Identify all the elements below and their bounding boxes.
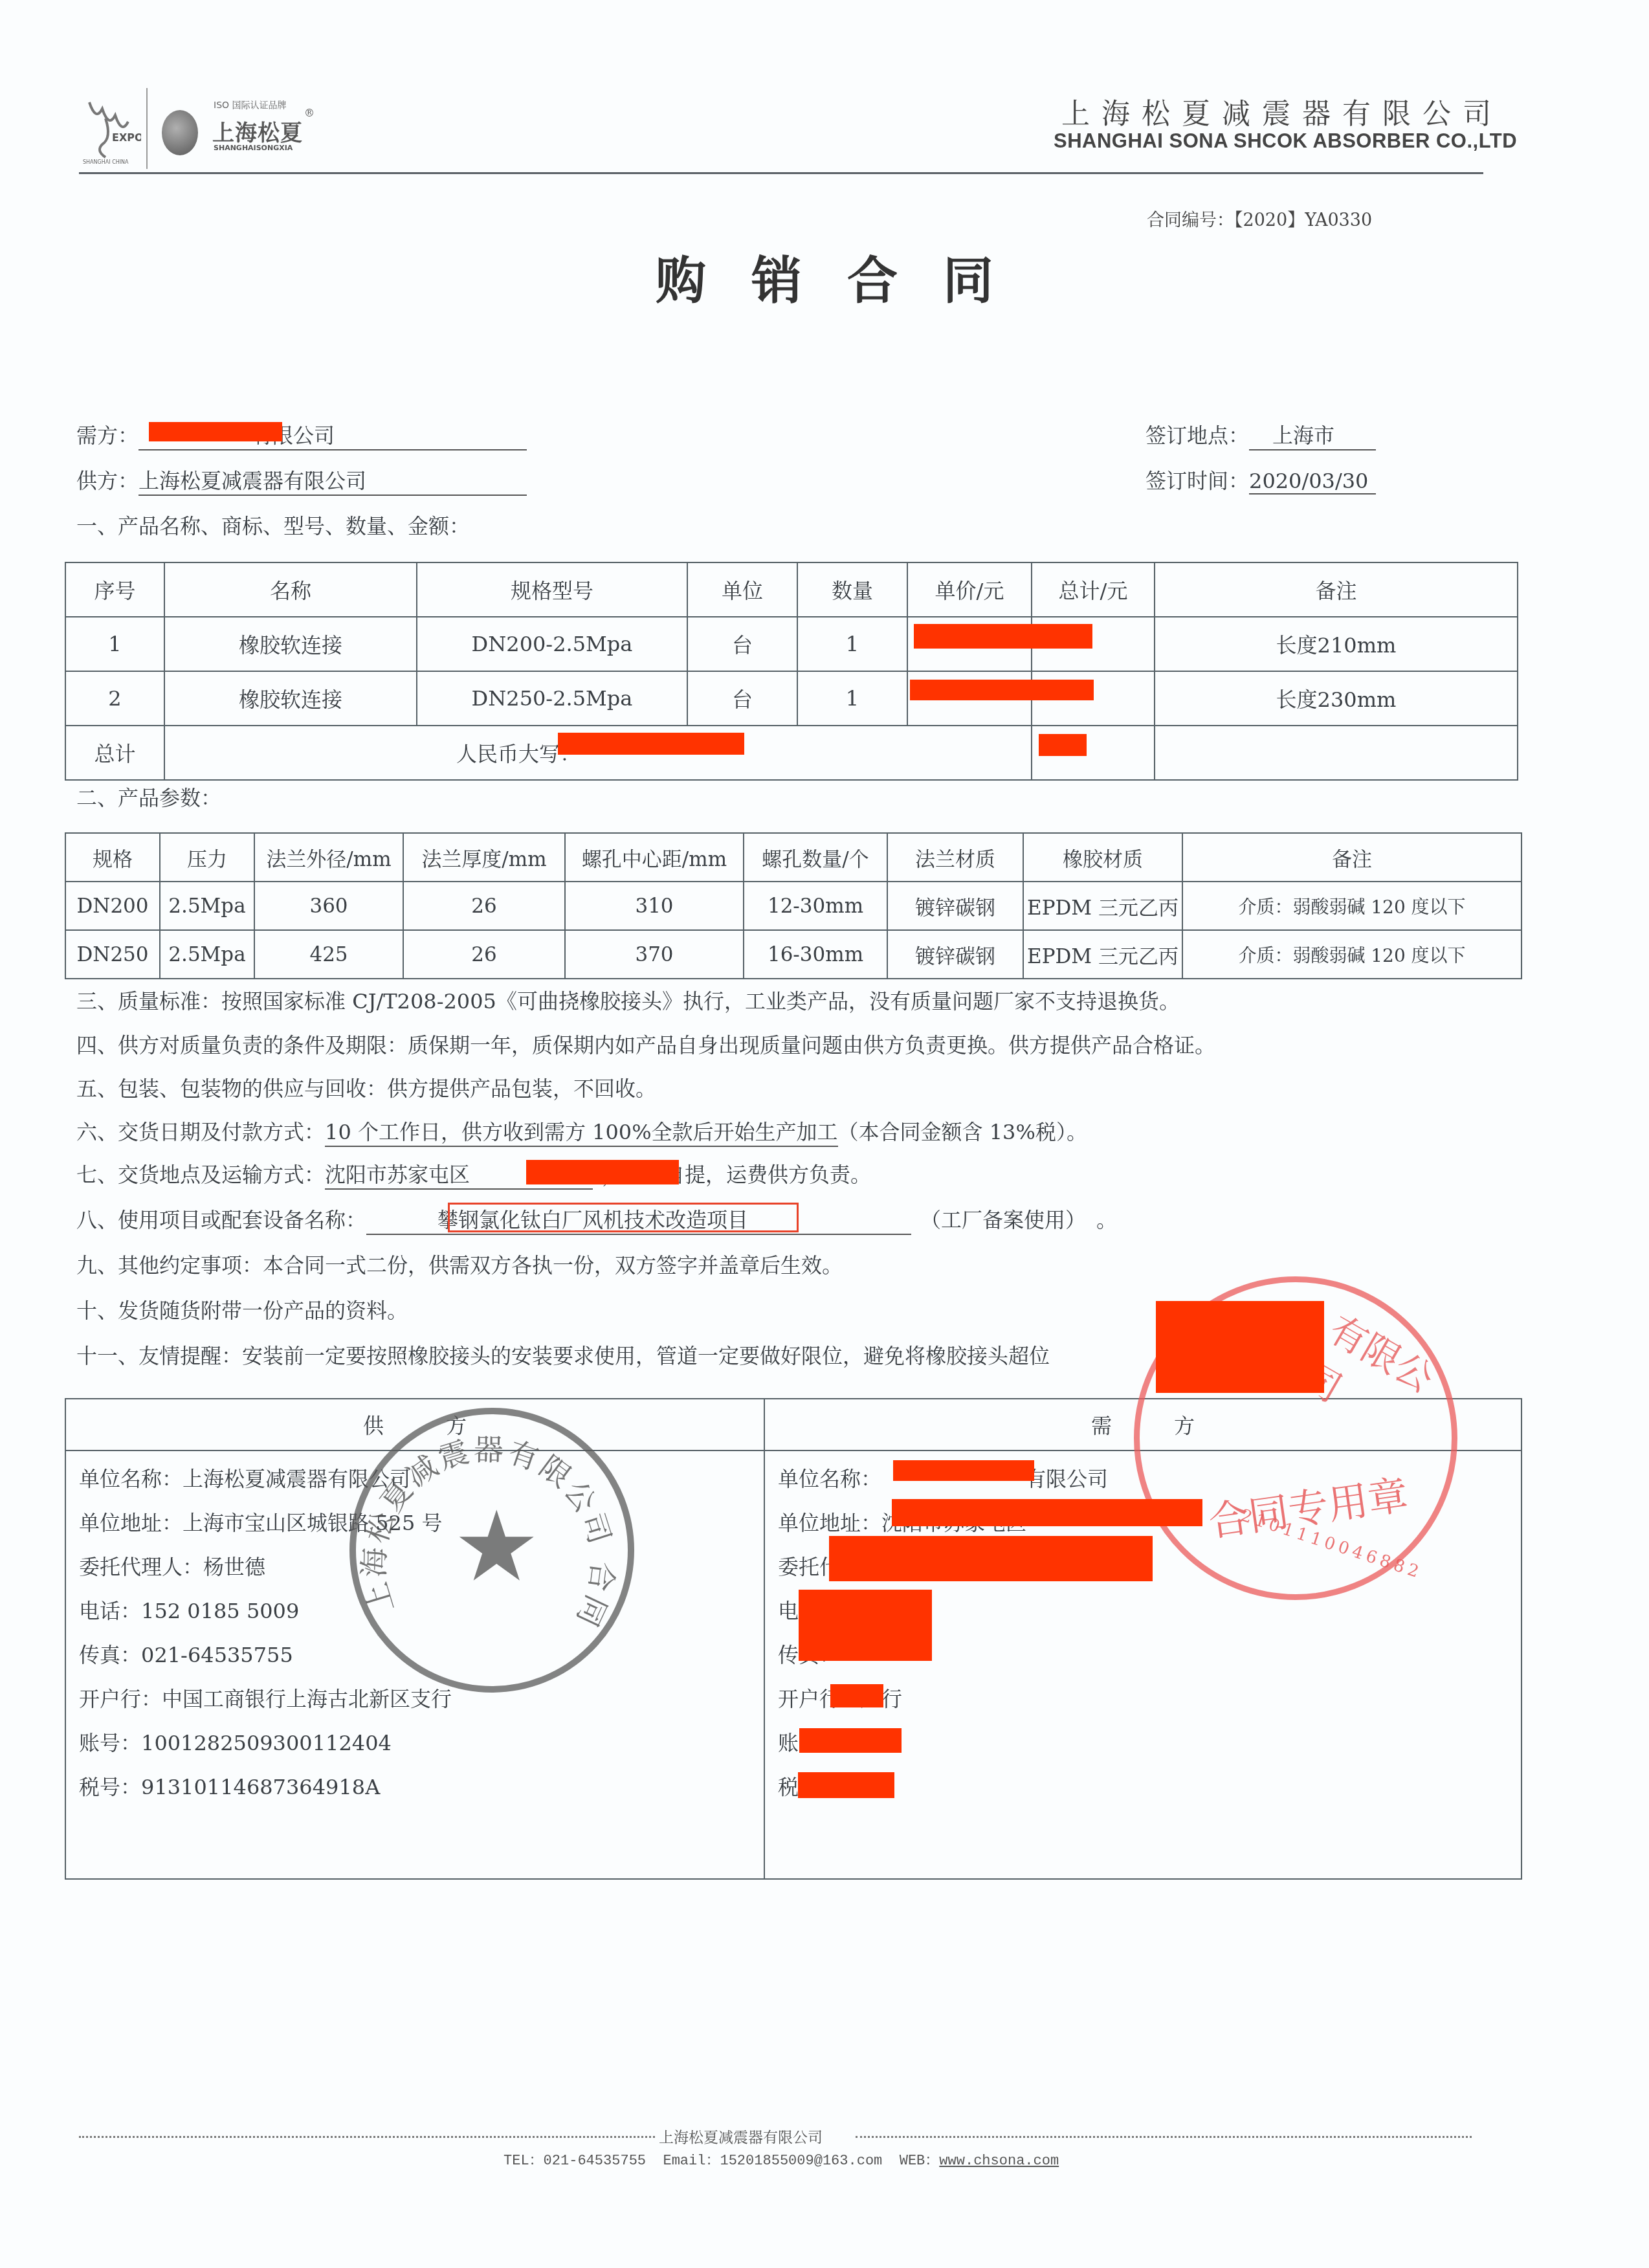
redacted-buyer-account: [799, 1728, 902, 1753]
clause-6-label: 六、交货日期及付款方式：: [76, 1120, 325, 1144]
sign-time-field: 签订时间：2020/03/30: [1145, 465, 1376, 495]
clause-10: 十、发货随货附带一份产品的资料。: [76, 1295, 408, 1324]
supplier-company-seal: ★ 上海松夏减震器有限公司 合同专用章: [349, 1408, 634, 1693]
cell: 26: [403, 930, 565, 979]
brand-name-cn: 上海松夏: [212, 115, 303, 147]
row-no: 1: [65, 617, 164, 671]
row-qty: 1: [797, 617, 907, 671]
svg-text:EXPO 2010: EXPO 2010: [112, 131, 141, 144]
supplier-fax: 传真：021-64535755: [79, 1639, 293, 1669]
sign-place-value: 上海市: [1249, 419, 1376, 450]
footer-web-link[interactable]: www.chsona.com: [939, 2153, 1059, 2169]
clause-6: 六、交货日期及付款方式： 10 个工作日，供方收到需方 100%全款后开始生产加…: [76, 1116, 1087, 1147]
header-divider: [79, 172, 1483, 174]
footer-company: 上海松夏减震器有限公司: [659, 2126, 823, 2147]
clause-8-suffix: （工厂备案使用） 。: [911, 1208, 1117, 1232]
header-bolt-count: 螺孔数量/个: [744, 833, 887, 882]
cell: 26: [403, 882, 565, 930]
registered-mark-icon: ®: [304, 107, 315, 119]
cell: 镀锌碳钢: [887, 882, 1023, 930]
cell: 2.5Mpa: [160, 882, 254, 930]
expo-2010-logo: EXPO 2010 SHANGHAI CHINA: [83, 96, 141, 167]
cell: 16-30mm: [744, 930, 887, 979]
parameter-table-header: 规格 压力 法兰外径/mm 法兰厚度/mm 螺孔中心距/mm 螺孔数量/个 法兰…: [65, 833, 1522, 882]
footer-dotted-rule-right: [856, 2136, 1472, 2138]
supplier-tax: 税号：91310114687364918A: [79, 1771, 380, 1801]
clause-7: 七、交货地点及运输方式： 沈阳市苏家屯区，物流自提，运费供方负责。: [76, 1159, 871, 1190]
document-title: 购销合同: [0, 241, 1649, 313]
cell: 370: [565, 930, 744, 979]
table-row: DN250 2.5Mpa 425 26 370 16-30mm 镀锌碳钢 EPD…: [65, 930, 1522, 979]
songxia-s-logo-icon: [162, 110, 198, 155]
section-1-title: 一、产品名称、商标、型号、数量、金额：: [76, 510, 470, 540]
cell: 介质：弱酸弱碱 120 度以下: [1182, 882, 1522, 930]
row-no: 2: [65, 671, 164, 726]
cell: DN200: [65, 882, 160, 930]
clause-9: 九、其他约定事项：本合同一式二份，供需双方各执一份，双方签字并盖章后生效。: [76, 1249, 843, 1279]
company-name-en: SHANGHAI SONA SHCOK ABSORBER CO.,LTD: [1054, 129, 1517, 153]
footer-email: Email：15201855009@163.com: [663, 2153, 882, 2169]
supplier-tel: 电话：152 0185 5009: [79, 1595, 299, 1625]
redacted-total-amount: [1039, 734, 1087, 756]
row-qty: 1: [797, 671, 907, 726]
redacted-rmb-amount: [558, 733, 744, 755]
header-bolt-center: 螺孔中心距/mm: [565, 833, 744, 882]
footer-dotted-rule-left: [79, 2136, 655, 2138]
clause-5: 五、包装、包装物的供应与回收：供方提供产品包装，不回收。: [76, 1073, 656, 1102]
cell: 2.5Mpa: [160, 930, 254, 979]
redacted-buyer-tax: [798, 1772, 894, 1798]
contract-number-label: 合同编号：: [1147, 210, 1234, 230]
clause-7-label: 七、交货地点及运输方式：: [76, 1162, 325, 1187]
product-table: 序号 名称 规格型号 单位 数量 单价/元 总计/元 备注 1 橡胶软连接 DN…: [65, 562, 1518, 781]
footer-web-label: WEB：: [900, 2153, 940, 2169]
clause-3: 三、质量标准：按照国家标准 CJ/T208-2005《可曲挠橡胶接头》执行，工业…: [76, 985, 1180, 1015]
redacted-buyer-tel-fax: [799, 1590, 932, 1661]
row-model: DN200-2.5Mpa: [417, 617, 687, 671]
header-model: 规格型号: [417, 562, 687, 617]
header-total: 总计/元: [1032, 562, 1155, 617]
supplier-label: 供方：: [76, 469, 138, 493]
footer-contact: TEL：021-64535755 Email：15201855009@163.c…: [504, 2149, 1059, 2169]
parameter-table: 规格 压力 法兰外径/mm 法兰厚度/mm 螺孔中心距/mm 螺孔数量/个 法兰…: [65, 832, 1522, 979]
row-model: DN250-2.5Mpa: [417, 671, 687, 726]
row-unit: 台: [687, 671, 797, 726]
clause-11: 十一、友情提醒：安装前一定要按照橡胶接头的安装要求使用，管道一定要做好限位，避免…: [76, 1340, 1050, 1370]
redacted-price-1: [914, 624, 1092, 649]
cell: 镀锌碳钢: [887, 930, 1023, 979]
contract-number-value: 【2020】YA0330: [1234, 210, 1372, 230]
row-name: 橡胶软连接: [164, 617, 417, 671]
cell: 425: [254, 930, 403, 979]
clause-8-label: 八、使用项目或配套设备名称：: [76, 1208, 366, 1232]
product-table-header: 序号 名称 规格型号 单位 数量 单价/元 总计/元 备注: [65, 562, 1518, 617]
svg-text:上海松夏减震器有限公司 合同专用章: 上海松夏减震器有限公司 合同专用章: [356, 1414, 621, 1634]
clause-4: 四、供方对质量负责的条件及期限：质保期一年，质保期内如产品自身出现质量问题由供方…: [76, 1029, 1215, 1059]
sign-place-field: 签订地点：上海市: [1145, 419, 1376, 450]
table-row: 2 橡胶软连接 DN250-2.5Mpa 台 1 长度230mm: [65, 671, 1518, 726]
redacted-price-2: [910, 680, 1094, 700]
header-spec: 规格: [65, 833, 160, 882]
header-rubber-material: 橡胶材质: [1023, 833, 1182, 882]
cell: DN250: [65, 930, 160, 979]
header-note: 备注: [1182, 833, 1522, 882]
sign-time-value: 2020/03/30: [1249, 469, 1376, 495]
redacted-delivery-address: [526, 1160, 679, 1184]
brand-name-en: SHANGHAISONGXIA: [214, 144, 293, 152]
supplier-account: 账号：1001282509300112404: [79, 1727, 392, 1757]
buyer-field: 需方：有限公司: [76, 419, 527, 450]
table-total-row: 总计 人民币大写：: [65, 726, 1518, 780]
supplier-bank: 开户行：中国工商银行上海古北新区支行: [79, 1683, 452, 1713]
row-note: 长度210mm: [1155, 617, 1518, 671]
cell: EPDM 三元乙丙: [1023, 882, 1182, 930]
cell: EPDM 三元乙丙: [1023, 930, 1182, 979]
company-name-cn: 上海松夏减震器有限公司: [1061, 91, 1503, 132]
clause-6-value: 10 个工作日，供方收到需方 100%全款后开始生产加工: [325, 1116, 838, 1147]
section-2-title: 二、产品参数：: [76, 782, 221, 812]
table-row: 1 橡胶软连接 DN200-2.5Mpa 台 1 长度210mm: [65, 617, 1518, 671]
total-note: [1155, 726, 1518, 780]
footer-tel: TEL：021-64535755: [504, 2153, 646, 2169]
supplier-seal-text: 上海松夏减震器有限公司 合同专用章: [356, 1414, 628, 1686]
header-pressure: 压力: [160, 833, 254, 882]
cell: 12-30mm: [744, 882, 887, 930]
table-row: DN200 2.5Mpa 360 26 310 12-30mm 镀锌碳钢 EPD…: [65, 882, 1522, 930]
cell: 310: [565, 882, 744, 930]
header-unit: 单位: [687, 562, 797, 617]
row-name: 橡胶软连接: [164, 671, 417, 726]
sign-place-label: 签订地点：: [1145, 423, 1249, 448]
total-label: 总计: [65, 726, 164, 780]
row-note: 长度230mm: [1155, 671, 1518, 726]
header-qty: 数量: [797, 562, 907, 617]
sign-time-label: 签订时间：: [1145, 469, 1249, 493]
header-unit-price: 单价/元: [907, 562, 1032, 617]
supplier-agent: 委托代理人：杨世德: [79, 1551, 265, 1581]
redacted-buyer-name-sign: [893, 1460, 1034, 1481]
header-flange-material: 法兰材质: [887, 833, 1023, 882]
clause-6-suffix: （本合同金额含 13%税）。: [838, 1120, 1087, 1144]
header-note: 备注: [1155, 562, 1518, 617]
row-unit: 台: [687, 617, 797, 671]
header-flange-od: 法兰外径/mm: [254, 833, 403, 882]
redacted-clause-11-tail: [1156, 1301, 1324, 1393]
supplier-value: 上海松夏减震器有限公司: [138, 465, 527, 496]
svg-text:SHANGHAI CHINA: SHANGHAI CHINA: [83, 159, 129, 165]
cell: 介质：弱酸弱碱 120 度以下: [1182, 930, 1522, 979]
redacted-buyer-agent: [829, 1536, 1153, 1581]
redacted-buyer-bank: [830, 1684, 883, 1707]
buyer-label: 需方：: [76, 423, 138, 448]
logo-divider: [146, 88, 148, 169]
header-name: 名称: [164, 562, 417, 617]
supplier-field: 供方：上海松夏减震器有限公司: [76, 465, 527, 496]
redacted-buyer-name: [149, 422, 282, 441]
header-no: 序号: [65, 562, 164, 617]
project-highlight-box: [448, 1203, 799, 1232]
header-flange-thickness: 法兰厚度/mm: [403, 833, 565, 882]
cell: 360: [254, 882, 403, 930]
redacted-buyer-address: [892, 1499, 1202, 1526]
contract-number: 合同编号：【2020】YA0330: [1147, 206, 1372, 231]
iso-certification-text: ISO 国际认证品牌: [214, 98, 287, 111]
